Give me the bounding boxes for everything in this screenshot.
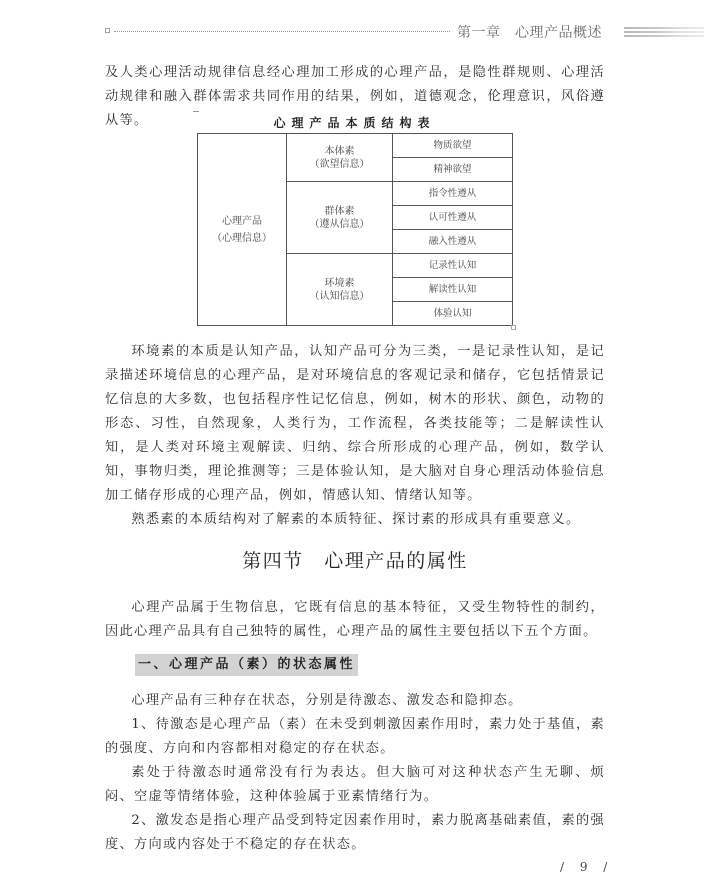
group-name: 群体素 [287, 205, 392, 218]
chapter-title: 第一章 心理产品概述 [457, 22, 602, 42]
table-group-cell: 本体素 （欲望信息） [287, 134, 393, 182]
structure-table: 心理产品 （心理信息） 本体素 （欲望信息） 物质欲望 精神欲望 群体素 （遵从… [197, 133, 513, 326]
group-sub: （遵从信息） [287, 218, 392, 231]
table-item-cell: 指令性遵从 [393, 182, 513, 206]
table-item-cell: 物质欲望 [393, 134, 513, 158]
table-group-cell: 环境素 （认知信息） [287, 254, 393, 326]
paragraph-cognition: 环境素的本质是认知产品，认知产品可分为三类，一是记录性认知，是记录描述环境信息的… [105, 340, 605, 508]
header-dotted-rule [114, 31, 450, 32]
group-sub: （认知信息） [287, 290, 392, 303]
table-item-cell: 解读性认知 [393, 278, 513, 302]
paragraph-excited-state: 2、激发态是指心理产品受到特定因素作用时，素力脱离基础素值，素的强度、方向或内容… [105, 809, 605, 857]
header-decorative-bars [624, 27, 704, 37]
paragraph-waiting-state: 1、待激态是心理产品（素）在未受到刺激因素作用时，素力处于基值，素的强度、方向和… [105, 713, 605, 761]
section-heading: 第四节 心理产品的属性 [105, 546, 605, 573]
group-name: 本体素 [287, 145, 392, 158]
table-anchor-mark [193, 111, 199, 112]
table-title: 心理产品本质结构表 [197, 114, 512, 131]
table-root-cell: 心理产品 （心理信息） [198, 134, 287, 326]
root-sub: （心理信息） [198, 230, 286, 247]
table-item-cell: 体验认知 [393, 302, 513, 326]
header-box-marker [105, 28, 110, 33]
table-group-cell: 群体素 （遵从信息） [287, 182, 393, 254]
running-header: 第一章 心理产品概述 [105, 22, 704, 42]
root-name: 心理产品 [198, 213, 286, 230]
table-item-cell: 融入性遵从 [393, 230, 513, 254]
subsection-heading: 一、心理产品（素）的状态属性 [135, 654, 358, 676]
paragraph-significance: 熟悉素的本质结构对了解素的本质特征、探讨素的形成具有重要意义。 [105, 508, 605, 532]
paragraph-section-intro: 心理产品属于生物信息，它既有信息的基本特征，又受生物特性的制约，因此心理产品具有… [105, 596, 605, 644]
table-item-cell: 精神欲望 [393, 158, 513, 182]
paragraph-states: 心理产品有三种存在状态，分别是待激态、激发态和隐抑态。 [105, 689, 605, 713]
paragraph-waiting-behavior: 素处于待激态时通常没有行为表达。但大脑可对这种状态产生无聊、烦闷、空虚等情绪体验… [105, 761, 605, 809]
table-item-cell: 认可性遵从 [393, 206, 513, 230]
group-name: 环境素 [287, 277, 392, 290]
table-item-cell: 记录性认知 [393, 254, 513, 278]
table-corner-mark [511, 325, 516, 330]
group-sub: （欲望信息） [287, 158, 392, 171]
page-number: / 9 / [560, 860, 613, 874]
